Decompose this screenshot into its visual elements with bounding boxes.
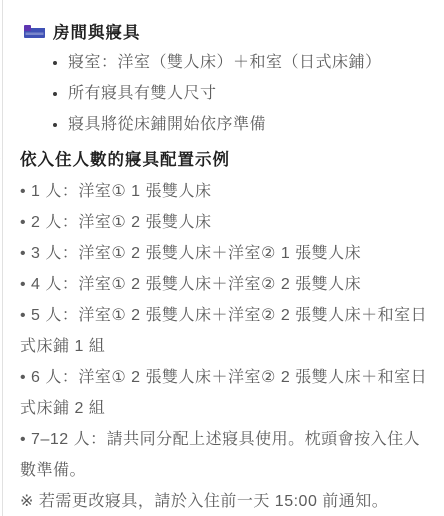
section-header: 房間與寢具 [24, 19, 436, 43]
config-item: • 1 人：洋室① 1 張雙人床 [20, 176, 436, 207]
config-item: • 5 人：洋室① 2 張雙人床＋洋室② 2 張雙人床＋和室日式床鋪 1 組 [20, 300, 436, 362]
bedding-config-list: • 1 人：洋室① 1 張雙人床 • 2 人：洋室① 2 張雙人床 • 3 人：… [20, 176, 436, 486]
config-item: • 6 人：洋室① 2 張雙人床＋洋室② 2 張雙人床＋和室日式床鋪 2 組 [20, 362, 436, 424]
list-item: 寢具將從床鋪開始依序準備 [68, 115, 436, 134]
config-item: • 4 人：洋室① 2 張雙人床＋洋室② 2 張雙人床 [20, 269, 436, 300]
config-section-title: 依入住人數的寢具配置示例 [20, 150, 436, 170]
bed-icon [24, 24, 45, 39]
config-item: • 2 人：洋室① 2 張雙人床 [20, 207, 436, 238]
bedding-info-panel: 房間與寢具 寢室：洋室（雙人床）＋和室（日式床鋪） 所有寢具有雙人尺寸 寢具將從… [0, 0, 444, 516]
list-item: 所有寢具有雙人尺寸 [68, 84, 436, 103]
config-item: • 7–12 人：請共同分配上述寢具使用。枕頭會按入住人數準備。 [20, 424, 436, 486]
section-title: 房間與寢具 [53, 19, 141, 43]
change-bedding-note: ※ 若需更改寢具，請於入住前一天 15:00 前通知。 [20, 486, 436, 516]
bedding-notes-list: 寢室：洋室（雙人床）＋和室（日式床鋪） 所有寢具有雙人尺寸 寢具將從床鋪開始依序… [20, 53, 436, 134]
config-item: • 3 人：洋室① 2 張雙人床＋洋室② 1 張雙人床 [20, 238, 436, 269]
list-item: 寢室：洋室（雙人床）＋和室（日式床鋪） [68, 53, 436, 72]
